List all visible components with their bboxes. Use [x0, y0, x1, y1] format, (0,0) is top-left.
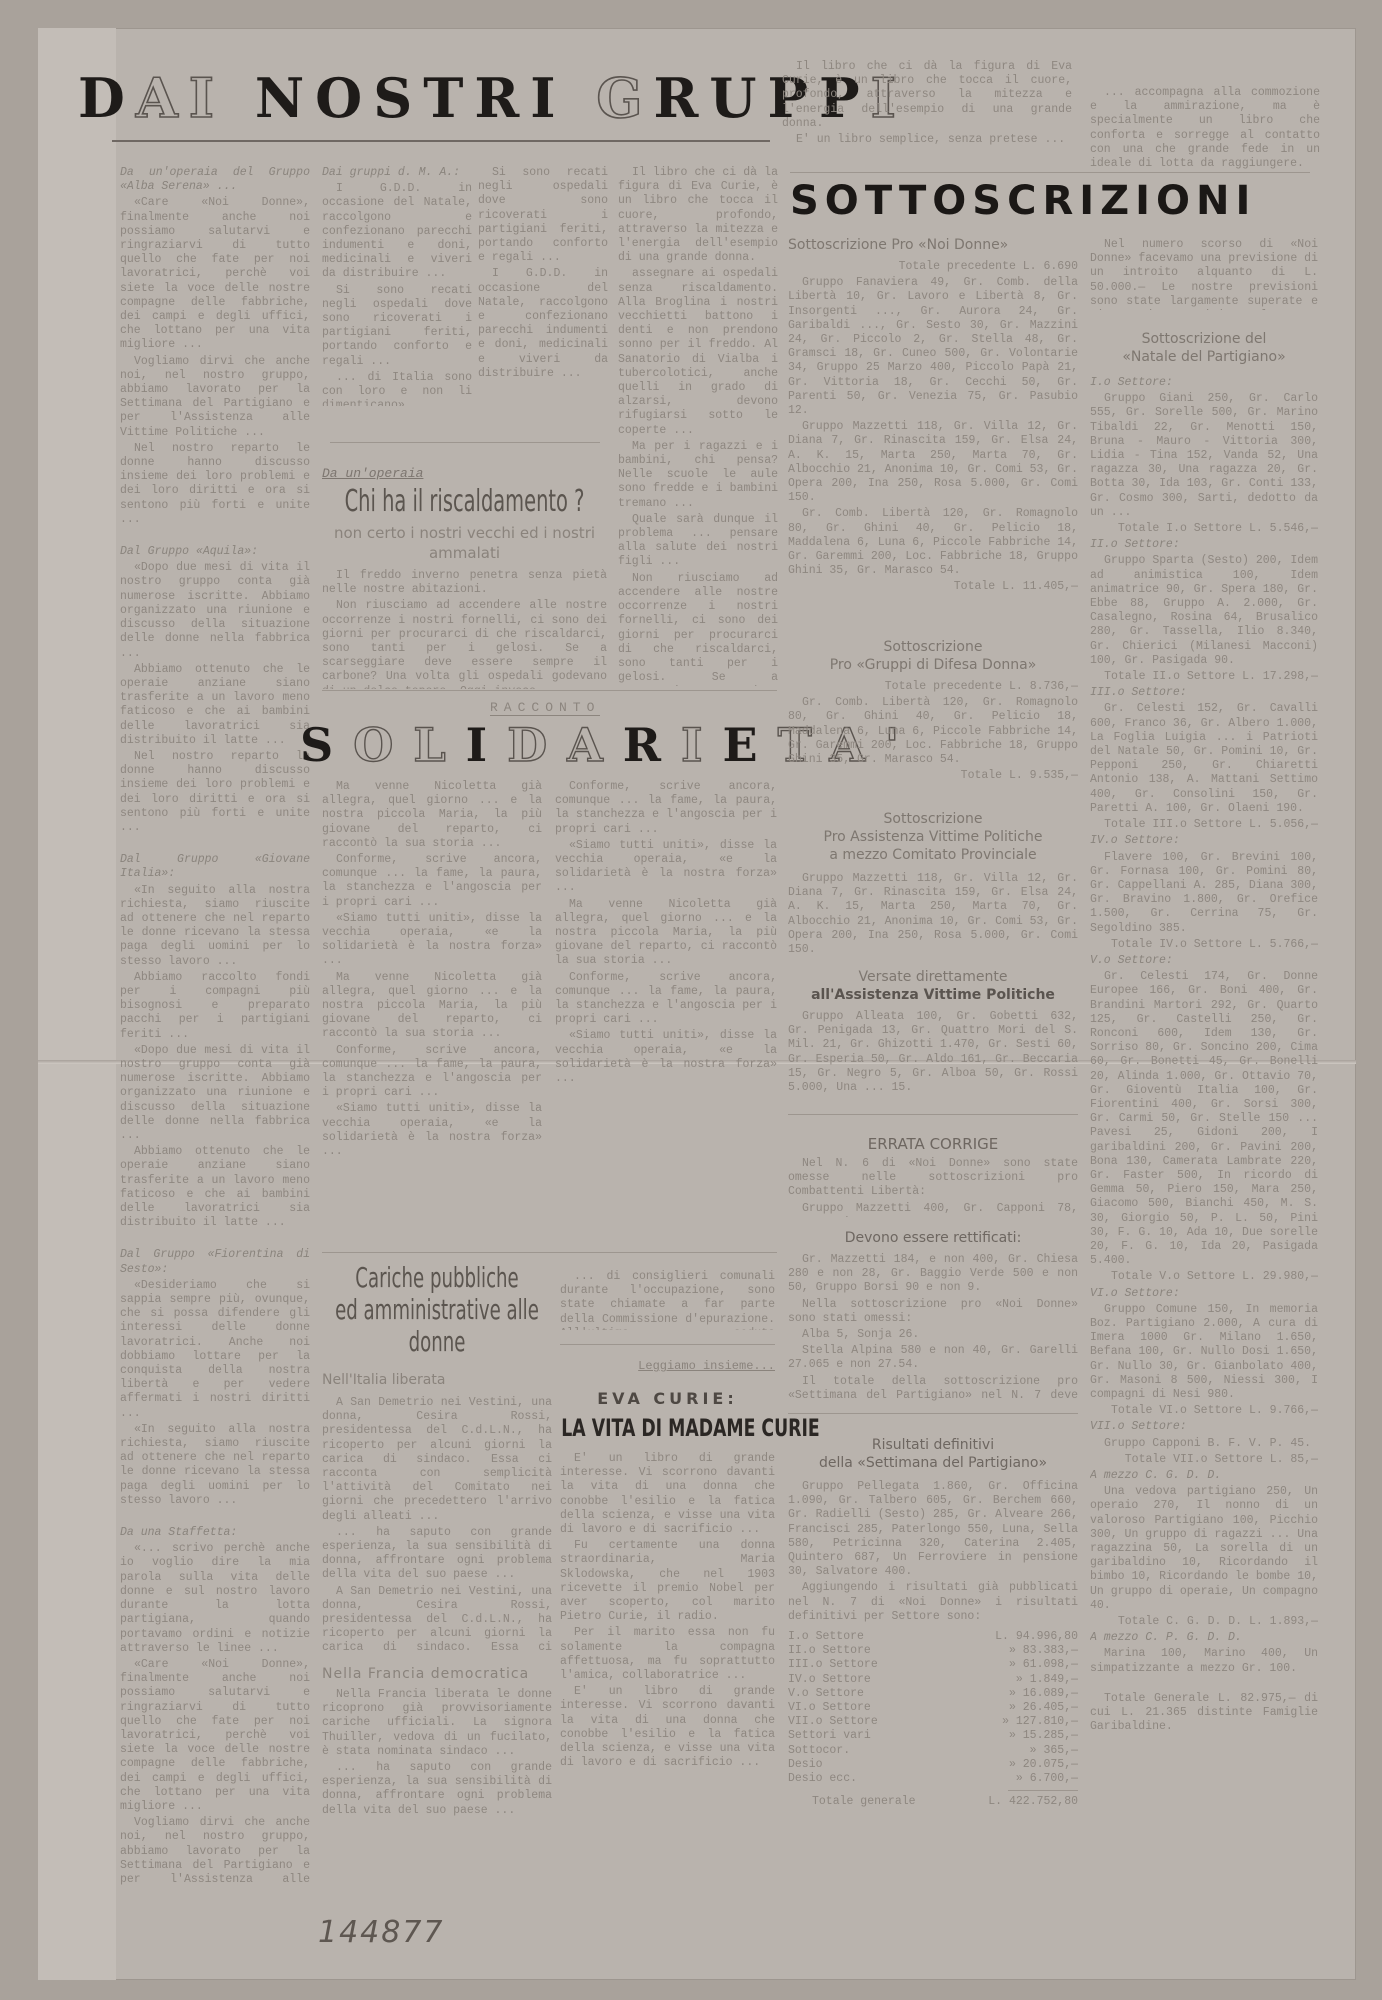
- body-text: Il libro che ci dà la figura di Eva Curi…: [782, 60, 1072, 131]
- body-text: Per il marito essa non fu solamente la c…: [560, 1626, 775, 1683]
- subscription-title: all'Assistenza Vittime Politiche: [788, 986, 1078, 1004]
- article-body: E' un libro di grande interesse. Vi scor…: [560, 1452, 775, 1792]
- heating-article-cont: Il libro che ci dà la figura di Eva Curi…: [618, 166, 778, 686]
- body-text: Nella sottoscrizione pro «Noi Donne» son…: [788, 1298, 1078, 1326]
- sector-value: 26.405,—: [1023, 1701, 1078, 1714]
- masthead-title: DAI NOSTRI GRUPPI: [78, 66, 768, 130]
- sector-label: VII.o Settore: [788, 1715, 878, 1729]
- body-text: Stella Alpina 580 e non 40, Gr. Garelli …: [788, 1344, 1078, 1372]
- body-text: E' un libro di grande interesse. Vi scor…: [560, 1685, 775, 1770]
- donor-list: Gruppo Alleata 100, Gr. Gobetti 632, Gr.…: [788, 1010, 1078, 1095]
- body-text: Nel nostro reparto le donne hanno discus…: [120, 442, 310, 527]
- subscriptions-column: Sottoscrizione Pro «Noi Donne» Totale pr…: [788, 236, 1078, 1810]
- donor-list: Gruppo Comune 150, In memoria Boz. Parti…: [1090, 1303, 1318, 1402]
- donor-list: Gruppo Pellegata 1.860, Gr. Officina 1.0…: [788, 1480, 1078, 1579]
- letter-section: Da un'operaia del Gruppo «Alba Serena» .…: [120, 166, 310, 527]
- sector-label: IV.o Settore: [788, 1673, 871, 1687]
- section-heading: Dai gruppi d. M. A.:: [322, 166, 472, 180]
- sector-heading: III.o Settore:: [1090, 686, 1318, 700]
- body-text: Vogliamo dirvi che anche noi, nel nostro…: [120, 1816, 310, 1886]
- archive-number: 144877: [318, 1915, 445, 1950]
- curie-continuation-right: ... accompagna alla commozione e la ammi…: [1090, 86, 1320, 176]
- body-text: Abbiamo ottenuto che le operaie anziane …: [120, 663, 310, 748]
- headline-letter: A: [567, 718, 623, 772]
- article-rule: [322, 690, 777, 691]
- body-text: Quale sarà dunque il problema ... pensar…: [618, 513, 778, 570]
- review-title: LA VITA DI MADAME CURIE: [561, 1414, 773, 1442]
- sector-value: 127.810,—: [1016, 1715, 1078, 1728]
- subscription-title: Sottoscrizione del: [1090, 330, 1318, 348]
- body-text: «Siamo tutti uniti», disse la vecchia op…: [322, 912, 542, 969]
- section-heading: Dal Gruppo «Giovane Italia»:: [120, 853, 310, 881]
- subscription-title: Pro «Gruppi di Difesa Donna»: [788, 656, 1078, 674]
- body-text: Il libro che ci dà la figura di Eva Curi…: [618, 166, 778, 265]
- masthead-rule: [112, 140, 770, 142]
- body-text: Gruppo Mazzetti 400, Gr. Capponi 78, Gr.…: [788, 1202, 1078, 1217]
- body-text: E' un libro di grande interesse. Vi scor…: [560, 1452, 775, 1537]
- article-subhead: non certo i nostri vecchi ed i nostri am…: [322, 523, 607, 563]
- headline-letter: R: [623, 718, 681, 772]
- sector-lists: I.o Settore: Gruppo Giani 250, Gr. Carlo…: [1090, 376, 1318, 1996]
- body-text: «Dopo due mesi di vita il nostro gruppo …: [120, 561, 310, 660]
- subscription-title: Sottoscrizione Pro «Noi Donne»: [788, 236, 1078, 254]
- currency: »: [1009, 1644, 1016, 1657]
- section-heading: Nell'Italia liberata: [322, 1372, 552, 1388]
- donor-list: Una vedova partigiano 250, Un operaio 27…: [1090, 1485, 1318, 1613]
- headline-letter: D: [507, 718, 567, 772]
- story-body-col1: Ma venne Nicoletta già allegra, quel gio…: [322, 780, 542, 1240]
- section-heading: Dal Gruppo «Fiorentina di Sesto»:: [120, 1248, 310, 1276]
- currency: »: [1002, 1715, 1009, 1728]
- subscription-list: Totale precedente L. 6.690 Gruppo Fanavi…: [788, 260, 1078, 620]
- body-text: A San Demetrio nei Vestini, una donna, C…: [322, 1396, 552, 1524]
- headline-letter: E: [723, 718, 778, 772]
- article-body: ... di consiglieri comunali durante l'oc…: [560, 1270, 775, 1330]
- sector-value: 16.089,—: [1023, 1687, 1078, 1700]
- body-text: Il totale della sottoscrizione pro «Sett…: [788, 1375, 1078, 1403]
- table-row: V.o Settore» 16.089,—: [788, 1687, 1078, 1701]
- body-text: «... scrivo perchè anche io voglio dire …: [120, 1542, 310, 1656]
- body-text: Ma venne Nicoletta già allegra, quel gio…: [555, 898, 777, 969]
- donor-list: Gruppo Sparta (Sesto) 200, Idem ad animi…: [1090, 554, 1318, 668]
- section-heading: Dal Gruppo «Aquila»:: [120, 545, 310, 559]
- currency: »: [1009, 1729, 1016, 1742]
- sector-total: Totale VI.o Settore L. 9.766,—: [1090, 1404, 1318, 1418]
- table-row: I.o SettoreL. 94.996,80: [788, 1630, 1078, 1644]
- body-text: «Care «Noi Donne», finalmente anche noi …: [120, 196, 310, 352]
- results-body: Gruppo Pellegata 1.860, Gr. Officina 1.0…: [788, 1480, 1078, 1630]
- intro-text: Nel numero scorso di «Noi Donne» facevam…: [1090, 238, 1318, 310]
- article-headline: Cariche pubbliche: [333, 1262, 542, 1294]
- previous-total: Totale precedente L. 8.736,—: [788, 680, 1078, 694]
- body-text: Alba 5, Sonja 26.: [788, 1328, 1078, 1342]
- section-rule: [790, 172, 1310, 173]
- currency: »: [1030, 1744, 1037, 1757]
- currency: »: [1009, 1701, 1016, 1714]
- body-text: Conforme, scrive ancora, comunque ... la…: [322, 1044, 542, 1101]
- results-title: Risultati definitivi: [788, 1436, 1078, 1454]
- sector-total: Totale IV.o Settore L. 5.766,—: [1090, 938, 1318, 952]
- gdd-report: Dai gruppi d. M. A.: I G.D.D. in occasio…: [322, 166, 472, 406]
- sector-heading: IV.o Settore:: [1090, 834, 1318, 848]
- article-kicker: Da un'operaia: [322, 466, 607, 481]
- article-headline: Chi ha il riscaldamento ?: [333, 485, 596, 519]
- section-heading: Da un'operaia del Gruppo «Alba Serena» .…: [120, 166, 310, 194]
- currency: L.: [988, 1795, 1002, 1808]
- body-text: Fu certamente una donna straordinaria, M…: [560, 1539, 775, 1624]
- section-heading: Da una Staffetta:: [120, 1526, 310, 1540]
- masthead-letter: G: [596, 66, 653, 130]
- sector-label: Sottocor.: [788, 1744, 850, 1758]
- body-text: «Siamo tutti uniti», disse la vecchia op…: [322, 1102, 542, 1159]
- subscription-title: Sottoscrizione: [788, 638, 1078, 656]
- story-body-col2: Conforme, scrive ancora, comunque ... la…: [555, 780, 777, 1240]
- body-text: ... ha saputo con grande esperienza, la …: [322, 1526, 552, 1583]
- sector-value: 15.285,—: [1023, 1729, 1078, 1742]
- masthead-letter: D: [78, 66, 136, 130]
- sector-label: III.o Settore: [788, 1658, 878, 1672]
- headline-letter: L: [413, 718, 465, 772]
- sector-label: V.o Settore: [788, 1687, 864, 1701]
- body-text: «Dopo due mesi di vita il nostro gruppo …: [120, 1044, 310, 1143]
- corrections-body: Gr. Mazzetti 184, e non 400, Gr. Chiesa …: [788, 1253, 1078, 1403]
- currency: »: [1009, 1658, 1016, 1671]
- gdd-report-cont: Si sono recati negli ospedali dove sono …: [478, 166, 608, 406]
- body-text: ... di Italia sono con loro e non li dim…: [322, 371, 472, 406]
- sector-value: 94.996,80: [1016, 1630, 1078, 1643]
- sector-total: Totale I.o Settore L. 5.546,—: [1090, 522, 1318, 536]
- letter-section: Da una Staffetta: «... scrivo perchè anc…: [120, 1526, 310, 1886]
- body-text: Il freddo inverno penetra senza pietà ne…: [322, 569, 607, 597]
- currency: »: [1009, 1687, 1016, 1700]
- subscription-title: a mezzo Comitato Provinciale: [788, 846, 1078, 864]
- sector-total: Totale C. G. D. D. L. 1.893,—: [1090, 1615, 1318, 1629]
- donor-list: Gruppo Mazzetti 118, Gr. Villa 12, Gr. D…: [788, 420, 1078, 505]
- subscription-list: Gruppo Alleata 100, Gr. Gobetti 632, Gr.…: [788, 1010, 1078, 1100]
- masthead-letter: AI: [136, 66, 225, 130]
- body-text: I G.D.D. in occasione del Natale, raccol…: [478, 267, 608, 381]
- letter-section: Dal Gruppo «Giovane Italia»: «In seguito…: [120, 853, 310, 1230]
- donor-list: Gruppo Fanaviera 49, Gr. Comb. della Lib…: [788, 276, 1078, 418]
- table-row: IV.o Settore» 1.849,—: [788, 1673, 1078, 1687]
- letter-section: Dal Gruppo «Aquila»: «Dopo due mesi di v…: [120, 545, 310, 835]
- body-text: Abbiamo raccolto fondi per i compagni pi…: [120, 971, 310, 1042]
- grand-total-label: Totale generale: [812, 1795, 916, 1809]
- sector-heading: I.o Settore:: [1090, 376, 1318, 390]
- sector-heading: VII.o Settore:: [1090, 1420, 1318, 1434]
- body-text: «In seguito alla nostra richiesta, siamo…: [120, 884, 310, 969]
- donor-list: Gruppo Giani 250, Gr. Carlo 555, Gr. Sor…: [1090, 392, 1318, 520]
- body-text: «In seguito alla nostra richiesta, siamo…: [120, 1423, 310, 1508]
- body-text: Gr. Mazzetti 184, e non 400, Gr. Chiesa …: [788, 1253, 1078, 1296]
- article-rule: [560, 1344, 775, 1345]
- currency: »: [1016, 1772, 1023, 1785]
- headline-letter: O: [353, 718, 413, 772]
- subscription-total: Totale L. 11.405,—: [788, 580, 1078, 594]
- subscription-title: Sottoscrizione: [788, 810, 1078, 828]
- public-office-article: Cariche pubbliche ed amministrative alle…: [322, 1262, 552, 1908]
- page-margin: [38, 28, 116, 1980]
- body-text: Nella Francia liberata le donne ricopron…: [322, 1688, 552, 1759]
- body-text: Ma per i ragazzi e i bambini, chi pensa?…: [618, 440, 778, 511]
- body-text: ... ha saputo con grande esperienza, la …: [322, 1761, 552, 1818]
- table-row: Settori vari» 15.285,—: [788, 1729, 1078, 1743]
- previous-total: Totale precedente L. 6.690: [788, 260, 1078, 274]
- body-text: Conforme, scrive ancora, comunque ... la…: [322, 853, 542, 910]
- subscription-title: Pro Assistenza Vittime Politiche: [788, 828, 1078, 846]
- currency: L.: [995, 1630, 1009, 1643]
- masthead-word: NOSTRI: [255, 66, 567, 130]
- article-rule: [330, 442, 600, 443]
- body-text: I G.D.D. in occasione del Natale, raccol…: [322, 182, 472, 281]
- sector-heading: V.o Settore:: [1090, 954, 1318, 968]
- sector-value: 6.700,—: [1030, 1772, 1078, 1785]
- sector-total: Totale II.o Settore L. 17.298,—: [1090, 670, 1318, 684]
- body-text: A San Demetrio nei Vestini, una donna, C…: [322, 1585, 552, 1656]
- sector-label: VI.o Settore: [788, 1701, 871, 1715]
- sector-heading: A mezzo C. G. D. D.: [1090, 1469, 1318, 1483]
- body-text: Nel numero scorso di «Noi Donne» facevam…: [1090, 238, 1318, 310]
- body-text: «Desideriamo che si sappia sempre più, o…: [120, 1279, 310, 1421]
- letter-section: Dal Gruppo «Fiorentina di Sesto»: «Desid…: [120, 1248, 310, 1508]
- grand-total-row: Totale generaleL. 422.752,80: [788, 1795, 1078, 1809]
- body-text: Conforme, scrive ancora, comunque ... la…: [555, 971, 777, 1028]
- body-text: Si sono recati negli ospedali dove sono …: [322, 284, 472, 369]
- sector-value: 83.383,—: [1023, 1644, 1078, 1657]
- body-text: «Siamo tutti uniti», disse la vecchia op…: [555, 1029, 777, 1086]
- subscription-title: «Natale del Partigiano»: [1090, 348, 1318, 366]
- body-text: Nel N. 6 di «Noi Donne» sono state omess…: [788, 1157, 1078, 1200]
- section-rule: [788, 1114, 1078, 1115]
- body-text: Non riusciamo ad accendere alle nostre o…: [618, 572, 778, 686]
- donor-list: Gr. Celesti 174, Gr. Donne Europee 166, …: [1090, 970, 1318, 1268]
- grand-total-value: 422.752,80: [1009, 1795, 1078, 1808]
- errata-body: Nel N. 6 di «Noi Donne» sono state omess…: [788, 1157, 1078, 1217]
- body-text: Abbiamo ottenuto che le operaie anziane …: [120, 1145, 310, 1230]
- body-text: Aggiungendo i risultati già pubblicati n…: [788, 1581, 1078, 1624]
- subscription-list: Gruppo Mazzetti 118, Gr. Villa 12, Gr. D…: [788, 872, 1078, 952]
- sector-value: 61.098,—: [1023, 1658, 1078, 1671]
- table-row: Desio» 20.075,—: [788, 1758, 1078, 1772]
- body-text: Non riusciamo ad accendere alle nostre o…: [322, 599, 607, 689]
- donor-list: Gruppo Capponi B. F. V. P. 45.: [1090, 1437, 1318, 1451]
- sector-value: 20.075,—: [1023, 1758, 1078, 1771]
- table-row: Desio ecc.» 6.700,—: [788, 1772, 1078, 1786]
- subscription-total: Totale L. 9.535,—: [788, 769, 1078, 783]
- sector-label: Desio ecc.: [788, 1772, 857, 1786]
- sector-value: 1.849,—: [1030, 1673, 1078, 1686]
- table-row: Sottocor.» 365,—: [788, 1744, 1078, 1758]
- results-title: della «Settimana del Partigiano»: [788, 1454, 1078, 1472]
- left-column-letters: Da un'operaia del Gruppo «Alba Serena» .…: [120, 166, 310, 1886]
- body-text: Ma venne Nicoletta già allegra, quel gio…: [322, 971, 542, 1042]
- donor-list: Gr. Celesti 152, Gr. Cavalli 600, Franco…: [1090, 702, 1318, 816]
- subscription-list: Totale precedente L. 8.736,— Gr. Comb. L…: [788, 680, 1078, 790]
- donor-list: Flavere 100, Gr. Brevini 100, Gr. Fornas…: [1090, 851, 1318, 936]
- sector-label: Settori vari: [788, 1729, 871, 1743]
- article-rule: [322, 1252, 777, 1253]
- sector-total: Totale III.o Settore L. 5.056,—: [1090, 818, 1318, 832]
- currency: »: [1016, 1673, 1023, 1686]
- table-row: III.o Settore» 61.098,—: [788, 1658, 1078, 1672]
- sector-label: II.o Settore: [788, 1644, 871, 1658]
- results-table: I.o SettoreL. 94.996,80 II.o Settore» 83…: [788, 1630, 1078, 1810]
- currency: »: [1009, 1758, 1016, 1771]
- subscription-title: Versate direttamente: [788, 968, 1078, 986]
- story-kicker: RACCONTO: [490, 700, 600, 716]
- general-total: Totale Generale L. 82.975,— di cui L. 21…: [1090, 1692, 1318, 1735]
- sector-total: Totale V.o Settore L. 29.980,—: [1090, 1270, 1318, 1284]
- sector-total: Totale VII.o Settore L. 85,—: [1090, 1453, 1318, 1467]
- review-title: EVA CURIE:: [560, 1389, 775, 1408]
- donor-list: Gruppo Mazzetti 118, Gr. Villa 12, Gr. D…: [788, 872, 1078, 952]
- article-body: Nella Francia liberata le donne ricopron…: [322, 1688, 552, 1908]
- section-rule: [788, 1413, 1078, 1414]
- body-text: «Siamo tutti uniti», disse la vecchia op…: [555, 839, 777, 896]
- sum-rule: [1008, 1790, 1078, 1791]
- sector-heading: VI.o Settore:: [1090, 1287, 1318, 1301]
- sector-heading: II.o Settore:: [1090, 538, 1318, 552]
- sottoscrizioni-headline: SOTTOSCRIZIONI: [790, 178, 1256, 224]
- donor-list: Marina 100, Marino 400, Un simpatizzante…: [1090, 1647, 1318, 1675]
- table-row: VII.o Settore» 127.810,—: [788, 1715, 1078, 1729]
- corrections-title: Devono essere rettificati:: [788, 1229, 1078, 1247]
- body-text: ... accompagna alla commozione e la ammi…: [1090, 86, 1320, 171]
- article-body: A San Demetrio nei Vestini, una donna, C…: [322, 1396, 552, 1656]
- errata-title: ERRATA CORRIGE: [788, 1135, 1078, 1153]
- body-text: ... di consiglieri comunali durante l'oc…: [560, 1270, 775, 1330]
- masthead-letters: RU: [653, 66, 767, 130]
- headline-letter: S: [300, 718, 353, 772]
- donor-list: Gr. Comb. Libertà 120, Gr. Romagnolo 80,…: [788, 507, 1078, 578]
- body-text: Si sono recati negli ospedali dove sono …: [478, 166, 608, 265]
- body-text: assegnare ai ospedali senza riscaldament…: [618, 267, 778, 437]
- headline-letter: I: [466, 718, 508, 772]
- body-text: Conforme, scrive ancora, comunque ... la…: [555, 780, 777, 837]
- body-text: E' un libro semplice, senza pretese ...: [782, 133, 1072, 147]
- body-text: Nel nostro reparto le donne hanno discus…: [120, 750, 310, 835]
- heating-article: Da un'operaia Chi ha il riscaldamento ? …: [322, 460, 607, 689]
- sector-label: Desio: [788, 1758, 823, 1772]
- body-text: Vogliamo dirvi che anche noi, nel nostro…: [120, 355, 310, 440]
- curie-review: ... di consiglieri comunali durante l'oc…: [560, 1270, 775, 1792]
- section-heading: Nella Francia democratica: [322, 1666, 552, 1682]
- table-row: II.o Settore» 83.383,—: [788, 1644, 1078, 1658]
- sector-label: I.o Settore: [788, 1630, 864, 1644]
- sector-heading: A mezzo C. P. G. D. D.: [1090, 1631, 1318, 1645]
- curie-continuation-top: Il libro che ci dà la figura di Eva Curi…: [782, 60, 1072, 150]
- table-row: VI.o Settore» 26.405,—: [788, 1701, 1078, 1715]
- article-headline: ed amministrative alle donne: [318, 1294, 556, 1358]
- article-body: Il freddo inverno penetra senza pietà ne…: [322, 569, 607, 689]
- review-kicker: Leggiamo insieme...: [560, 1359, 775, 1373]
- body-text: «Care «Noi Donne», finalmente anche noi …: [120, 1658, 310, 1814]
- christmas-subscription: Nel numero scorso di «Noi Donne» facevam…: [1090, 238, 1318, 1996]
- body-text: Ma venne Nicoletta già allegra, quel gio…: [322, 780, 542, 851]
- sector-value: 365,—: [1043, 1744, 1078, 1757]
- headline-letter: I: [681, 718, 723, 772]
- donor-list: Gr. Comb. Libertà 120, Gr. Romagnolo 80,…: [788, 696, 1078, 767]
